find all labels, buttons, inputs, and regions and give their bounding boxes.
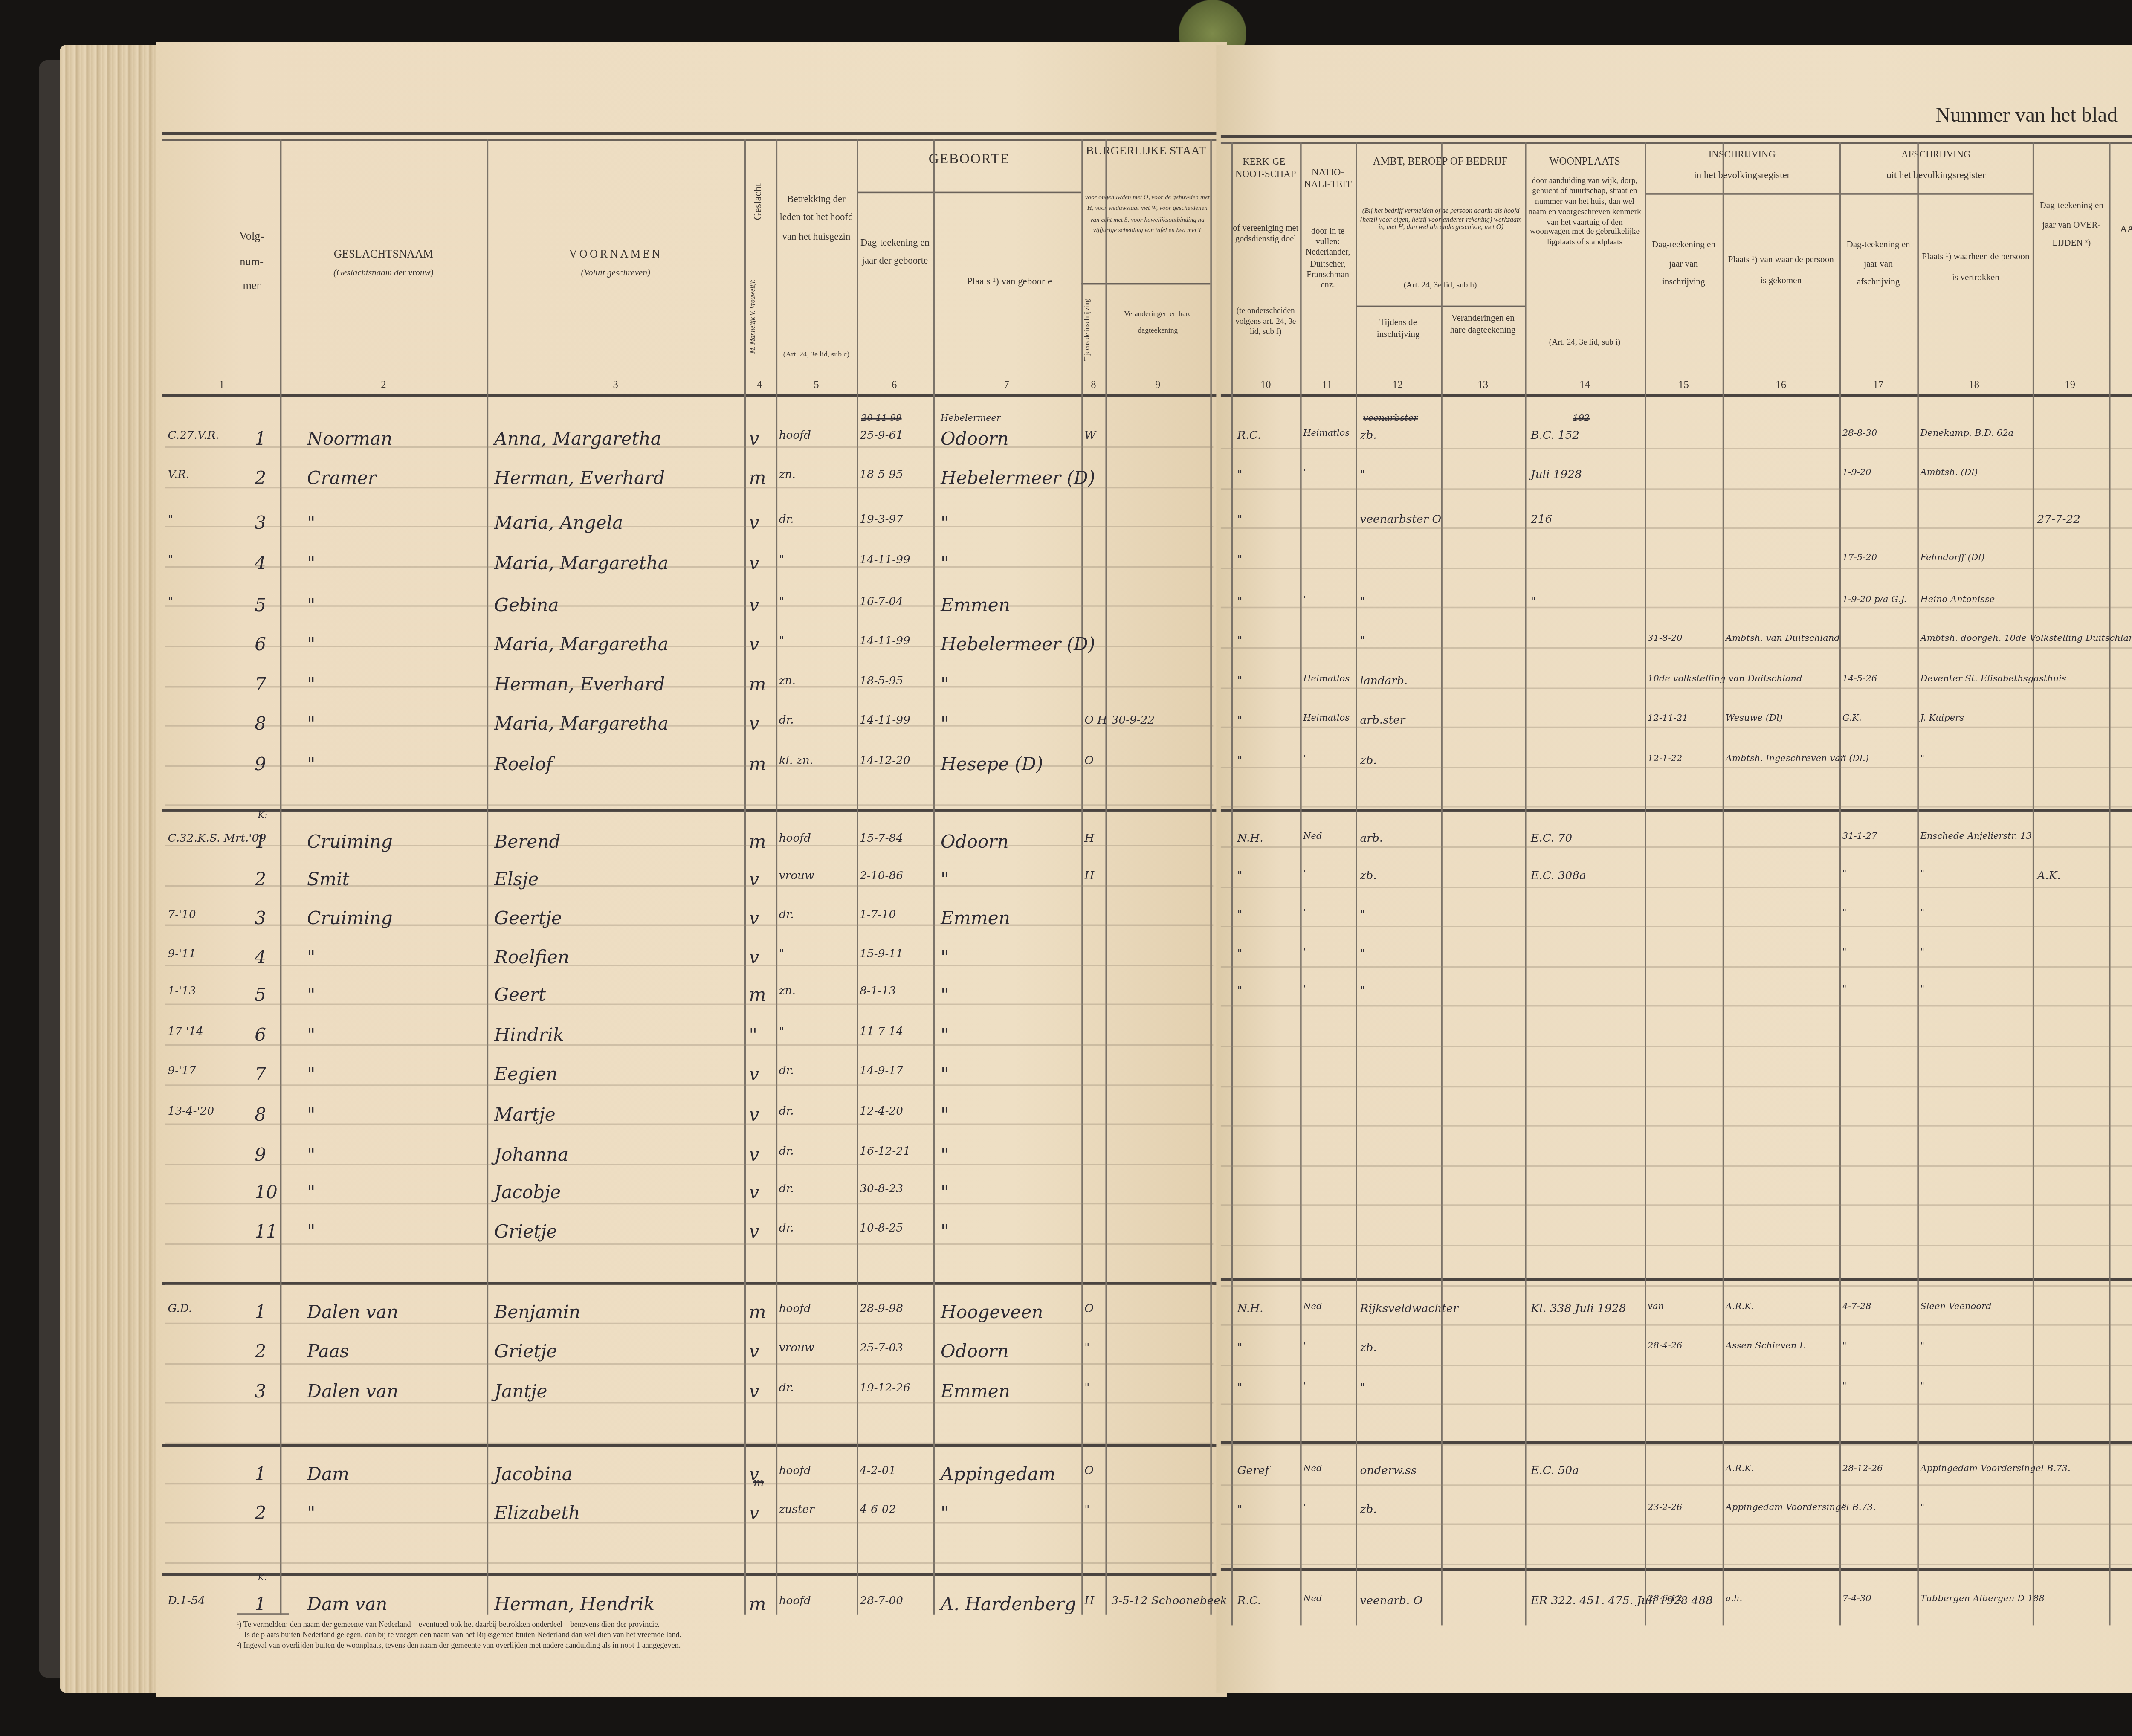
col1-header: Volg- num- mer xyxy=(222,225,282,299)
entry-birth: 4-6-02 xyxy=(860,1504,896,1515)
entry-birth: 16-7-04 xyxy=(860,596,903,607)
entry-place: Hebelermeer (D) xyxy=(941,469,1095,487)
entry-sex: v xyxy=(749,596,759,614)
entry-rel: dr. xyxy=(779,715,794,726)
footnote-2: ²) Ingeval van overlijden buiten de woon… xyxy=(237,1642,681,1652)
col14-subheader: door aanduiding van wijk, dorp, gehucht … xyxy=(1528,177,1642,249)
entry-death: 27-7-22 xyxy=(2037,514,2080,525)
entry-staat: O xyxy=(1084,755,1094,766)
column-divider xyxy=(280,139,282,1615)
entry-beroep: " xyxy=(1360,985,1365,997)
entry-prefix: V.R. xyxy=(168,469,189,480)
entry-kerk: R.C. xyxy=(1237,430,1261,441)
entry-staat: O xyxy=(1084,1465,1094,1476)
entry-place: " xyxy=(941,554,949,572)
entry-beroep: arb.ster xyxy=(1360,715,1405,726)
header-top-rule-right xyxy=(1221,135,2132,138)
entry-given: Grietje xyxy=(494,1222,557,1240)
ruled-line xyxy=(1221,1205,2132,1207)
ruled-line xyxy=(1221,1245,2132,1246)
entry-place: " xyxy=(941,675,949,693)
entry-rel: zn. xyxy=(779,985,796,997)
entry-nr: 1 xyxy=(255,1303,266,1321)
entry-beroep: " xyxy=(1360,909,1365,920)
entry-surname: " xyxy=(307,635,315,653)
entry-kerk: R.C. xyxy=(1237,1595,1261,1606)
entry-nat: Heimatlos xyxy=(1303,675,1350,684)
entry-place: " xyxy=(941,1105,949,1123)
ruled-line xyxy=(1221,527,2132,529)
entry-surname: " xyxy=(307,675,315,693)
entry-place: " xyxy=(941,948,949,966)
entry-surname: " xyxy=(307,1026,315,1044)
entry-sex: v xyxy=(749,1146,759,1164)
entry-staat: " xyxy=(1084,1342,1089,1353)
entry-woon: 216 xyxy=(1531,514,1552,525)
entry-nr: 2 xyxy=(255,870,266,888)
entry-out-place: " xyxy=(1920,755,1924,764)
entry-given: Maria, Margaretha xyxy=(494,715,669,733)
entry-staat-chg: 30-9-22 xyxy=(1111,715,1155,726)
entry-nr: 2 xyxy=(255,1504,266,1522)
ruled-line xyxy=(165,526,1213,528)
entry-birth-correction: 20-11-99 xyxy=(861,415,902,424)
beroep-sub-rule xyxy=(1356,306,1525,307)
entry-woon: Kl. 338 Juli 1928 xyxy=(1531,1303,1626,1314)
entry-kerk: " xyxy=(1237,948,1243,959)
inschr-subheader: in het bevolkingsregister xyxy=(1645,171,1839,183)
entry-prefix: " xyxy=(168,554,173,565)
entry-woon: E.C. 50a xyxy=(1531,1465,1579,1476)
entry-sex: v xyxy=(749,715,759,733)
entry-place: " xyxy=(941,1026,949,1044)
entry-nat: " xyxy=(1303,985,1307,994)
entry-nr: 8 xyxy=(255,1105,266,1123)
entry-surname: Paas xyxy=(307,1342,349,1360)
ruled-line xyxy=(165,1044,1213,1046)
entry-surname: " xyxy=(307,596,315,614)
ruled-line xyxy=(1221,886,2132,888)
col11-header: NATIO-NALI-TEIT xyxy=(1300,168,1356,192)
col12-header: Tijdens de inschrijving xyxy=(1359,319,1438,342)
entry-place: Hesepe (D) xyxy=(941,755,1043,773)
entry-place: Emmen xyxy=(941,909,1010,927)
entry-birth: 15-7-84 xyxy=(860,833,903,844)
ruled-line xyxy=(165,1004,1213,1006)
entry-prefix: C.27.V.R. xyxy=(168,430,219,441)
ruled-line xyxy=(165,765,1213,767)
entry-given: Eegien xyxy=(494,1065,557,1083)
col17-header: Dag-teekening en jaar van afschrijving xyxy=(1842,237,1915,293)
entry-rel: hoofd xyxy=(779,1465,811,1476)
entry-nat: Heimatlos xyxy=(1303,715,1350,724)
entry-given: Grietje xyxy=(494,1342,557,1360)
entry-beroep: " xyxy=(1360,469,1365,480)
entry-given: Geertje xyxy=(494,909,562,927)
ruled-line xyxy=(1221,926,2132,928)
entry-nr: 1 xyxy=(255,430,266,448)
entry-prefix: C.32.K.S. Mrt.'09 xyxy=(168,833,266,844)
entry-nr: 3 xyxy=(255,514,266,532)
entry-birth: 14-9-17 xyxy=(860,1065,903,1076)
entry-staat: O H xyxy=(1084,715,1107,726)
entry-given: Jacobina xyxy=(494,1465,573,1483)
entry-staat: H xyxy=(1084,1595,1094,1606)
entry-kerk: " xyxy=(1237,635,1243,646)
entry-out-date: G.K. xyxy=(1842,715,1862,724)
entry-staat-chg: 3-5-12 Schoonebeek xyxy=(1111,1595,1227,1606)
entry-birth: 16-12-21 xyxy=(860,1146,910,1157)
entry-staat: H xyxy=(1084,870,1094,881)
entry-place: Odoorn xyxy=(941,430,1009,448)
entry-surname: " xyxy=(307,554,315,572)
entry-out-place: Ambtsh. (Dl) xyxy=(1920,469,1978,478)
afschr-sub-rule xyxy=(1839,193,2033,195)
col20-header: AAN-MERKINGEN xyxy=(2109,225,2132,237)
ruled-line xyxy=(165,1124,1213,1125)
entry-birth: 18-5-95 xyxy=(860,675,903,687)
ruled-line xyxy=(1221,1285,2132,1287)
entry-beroep: veenarb. O xyxy=(1360,1595,1423,1606)
entry-out-date: " xyxy=(1842,1342,1847,1351)
entry-sex: v xyxy=(749,554,759,572)
entry-nr: 4 xyxy=(255,948,266,966)
entry-birth: 19-12-26 xyxy=(860,1382,910,1394)
entry-birth: 19-3-97 xyxy=(860,514,903,525)
entry-woon: E.C. 70 xyxy=(1531,833,1572,844)
ruled-line xyxy=(165,1443,1213,1444)
entry-surname: " xyxy=(307,1183,315,1201)
ruled-line xyxy=(165,725,1213,727)
ruled-line xyxy=(165,1243,1213,1245)
entry-beroep: zb. xyxy=(1360,1342,1377,1353)
entry-birth: 1-7-10 xyxy=(860,909,896,920)
entry-place: " xyxy=(941,985,949,1003)
column-number: 3 xyxy=(601,379,631,391)
entry-beroep: veenarbster O xyxy=(1360,514,1442,525)
entry-nr: 6 xyxy=(255,1026,266,1044)
entry-rel: dr. xyxy=(779,1382,794,1394)
entry-nr: 1 xyxy=(255,1465,266,1483)
entry-in-place: Wesuwe (Dl) xyxy=(1726,715,1783,724)
entry-given: Roelfien xyxy=(494,948,569,966)
entry-place: " xyxy=(941,1183,949,1201)
entry-kerk: " xyxy=(1237,596,1243,607)
entry-staat: H xyxy=(1084,833,1094,844)
staat-sub-rule xyxy=(1081,283,1210,285)
entry-surname: " xyxy=(307,1146,315,1164)
entry-given: Johanna xyxy=(494,1146,568,1164)
entry-birth: 14-11-99 xyxy=(860,635,910,646)
entry-rel: hoofd xyxy=(779,833,811,844)
column-number: 18 xyxy=(1959,379,1989,391)
entry-given: Herman, Everhard xyxy=(494,469,665,487)
entry-given: Herman, Hendrik xyxy=(494,1595,655,1613)
entry-out-date: 1-9-20 p/a G.J. xyxy=(1842,596,1907,605)
entry-beroep: landarb. xyxy=(1360,675,1408,687)
entry-nr: 3 xyxy=(255,1382,266,1400)
entry-surname: " xyxy=(307,514,315,532)
entry-surname: Dalen van xyxy=(307,1303,398,1321)
entry-nat: " xyxy=(1303,1504,1307,1513)
entry-surname: " xyxy=(307,755,315,773)
entry-beroep: Rijksveldwachter xyxy=(1360,1303,1458,1314)
entry-sex: m xyxy=(749,833,766,851)
entry-prefix: 9-'11 xyxy=(168,948,196,959)
entry-out-date: 28-8-30 xyxy=(1842,430,1877,439)
entry-birth: 18-5-95 xyxy=(860,469,903,480)
column-number: 5 xyxy=(801,379,831,391)
sheet-number-label: Nummer van het blad xyxy=(1935,105,2118,129)
household-separator xyxy=(1221,1441,2132,1444)
entry-prefix: G.D. xyxy=(168,1303,192,1314)
col2-subheader: (Geslachtsnaam der vrouw) xyxy=(280,270,487,281)
beroep-article: (Art. 24, 3e lid, sub h) xyxy=(1356,281,1525,292)
col14-header: WOONPLAATS xyxy=(1525,156,1645,169)
col10-header: KERK-GE-NOOT-SCHAP xyxy=(1231,157,1301,182)
entry-occupation-correction: veenarbster xyxy=(1363,415,1418,424)
entry-given: Maria, Margaretha xyxy=(494,554,669,572)
header-top-rule-left xyxy=(162,132,1216,135)
footnote-1b: Is de plaats buiten Nederland gelegen, d… xyxy=(244,1631,682,1641)
entry-out-date: 28-12-26 xyxy=(1842,1465,1883,1474)
entry-surname: " xyxy=(307,1065,315,1083)
entry-sex: v xyxy=(749,948,759,966)
ruled-line xyxy=(1221,1564,2132,1565)
entry-in-date: 23-2-26 xyxy=(1648,1504,1682,1513)
column-number: 17 xyxy=(1863,379,1893,391)
entry-rel: hoofd xyxy=(779,430,811,441)
entry-beroep: zb. xyxy=(1360,430,1377,441)
entry-in-date: 12-1-22 xyxy=(1648,755,1682,764)
entry-given: Benjamin xyxy=(494,1303,580,1321)
column-divider xyxy=(1645,142,1646,1626)
staat-group-header: BURGERLIJKE STAAT xyxy=(1081,144,1210,159)
entry-rel: " xyxy=(779,554,784,565)
entry-surname: Dam van xyxy=(307,1595,387,1613)
ruled-line xyxy=(1221,1006,2132,1007)
column-number: 11 xyxy=(1312,379,1342,391)
col4-header: Geslacht xyxy=(752,157,764,247)
col11-subheader: door in te vullen: Nederlander, Duitsche… xyxy=(1300,228,1356,293)
entry-kerk: N.H. xyxy=(1237,833,1263,844)
entry-nr: 5 xyxy=(255,985,266,1003)
inschr-group-header: INSCHRIJVING xyxy=(1645,150,1839,162)
entry-rel: " xyxy=(779,1026,784,1037)
column-divider xyxy=(1210,139,1212,1615)
entry-given: Berend xyxy=(494,833,560,851)
entry-birth: 8-1-13 xyxy=(860,985,896,997)
entry-prefix: 1-'13 xyxy=(168,985,196,997)
col3-subheader: (Voluit geschreven) xyxy=(487,270,744,281)
ruled-line xyxy=(1221,1165,2132,1167)
entry-sex: m xyxy=(749,1303,766,1321)
entry-nr: 7 xyxy=(255,1065,266,1083)
column-number: 4 xyxy=(744,379,774,391)
entry-birth: 25-9-61 xyxy=(860,430,903,441)
entry-rel: dr. xyxy=(779,1222,794,1233)
entry-surname: Smit xyxy=(307,870,349,888)
entry-surname: " xyxy=(307,985,315,1003)
book-spine xyxy=(39,60,63,1678)
entry-surname: Dalen van xyxy=(307,1382,398,1400)
household-separator xyxy=(162,1444,1216,1447)
entry-given: Herman, Everhard xyxy=(494,675,665,693)
entry-rel: kl. zn. xyxy=(779,755,813,766)
entry-place: Emmen xyxy=(941,1382,1010,1400)
entry-place: Emmen xyxy=(941,596,1010,614)
entry-out-place: Denekamp. B.D. 62a xyxy=(1920,430,2013,439)
column-divider xyxy=(1231,142,1233,1626)
entry-surname: " xyxy=(307,1105,315,1123)
col6-header: Dag-teekening en jaar der geboorte xyxy=(860,235,930,272)
entry-nat: " xyxy=(1303,1342,1307,1351)
entry-birth: 28-9-98 xyxy=(860,1303,903,1314)
entry-nat: Ned xyxy=(1303,833,1322,842)
col5-header: Betrekking der leden tot het hoofd van h… xyxy=(779,192,854,247)
entry-out-date: 14-5-26 xyxy=(1842,675,1877,684)
entry-out-date: 1-9-20 xyxy=(1842,469,1871,478)
entry-staat: O xyxy=(1084,1303,1094,1314)
ruled-line xyxy=(165,685,1213,687)
entry-out-place: Appingedam Voordersingel B.73. xyxy=(1920,1465,2070,1474)
entry-out-date: " xyxy=(1842,985,1847,994)
entry-rel: vrouw xyxy=(779,1342,814,1353)
entry-birth: 15-9-11 xyxy=(860,948,903,959)
entry-given: Geert xyxy=(494,985,546,1003)
column-divider xyxy=(2033,142,2034,1626)
entry-sex: m xyxy=(749,985,766,1003)
entry-place: A. Hardenberg xyxy=(941,1595,1076,1613)
bookmark-ribbon xyxy=(1179,0,1246,48)
entry-number-mark: K: xyxy=(258,812,267,821)
column-number: 15 xyxy=(1669,379,1698,391)
afschr-group-header: AFSCHRIJVING xyxy=(1839,150,2033,162)
entry-beroep: " xyxy=(1360,948,1365,959)
entry-nr: 9 xyxy=(255,755,266,773)
entry-sex: " xyxy=(749,1026,757,1044)
col9-header: Veranderingen en hare dagteekening xyxy=(1105,307,1210,340)
entry-nat: " xyxy=(1303,948,1307,957)
household-separator xyxy=(1221,809,2132,812)
entry-kerk: " xyxy=(1237,715,1243,726)
col4-subheader: M. Mannelijk V. Vrouwelijk xyxy=(749,262,756,370)
entry-out-place: " xyxy=(1920,985,1924,994)
entry-out-place: " xyxy=(1920,1342,1924,1351)
entry-nat: " xyxy=(1303,870,1307,879)
entry-sex: v xyxy=(749,1504,759,1522)
beroep-group-header: AMBT, BEROEP OF BEDRIJF xyxy=(1356,156,1525,169)
entry-birth: 4-2-01 xyxy=(860,1465,896,1476)
ruled-line xyxy=(165,1522,1213,1524)
entry-in-place: A.R.K. xyxy=(1726,1465,1754,1474)
ruled-line xyxy=(165,1283,1213,1285)
entry-place: " xyxy=(941,1504,949,1522)
entry-rel: dr. xyxy=(779,909,794,920)
household-separator xyxy=(1221,1568,2132,1571)
ruled-line xyxy=(165,1562,1213,1564)
ruled-line xyxy=(1221,568,2132,569)
entry-nat: Ned xyxy=(1303,1465,1322,1474)
entry-out-date: " xyxy=(1842,948,1847,957)
entry-nat: " xyxy=(1303,755,1307,764)
entry-rel: " xyxy=(779,948,784,959)
entry-nat: " xyxy=(1303,596,1307,605)
entry-given: Anna, Margaretha xyxy=(494,430,661,448)
column-divider xyxy=(1300,142,1302,1626)
entry-place: " xyxy=(941,715,949,733)
entry-birth: 30-8-23 xyxy=(860,1183,903,1194)
entry-birth: 25-7-03 xyxy=(860,1342,903,1353)
entry-woon: Juli 1928 xyxy=(1531,469,1582,480)
column-number: 7 xyxy=(991,379,1021,391)
entry-given: Elizabeth xyxy=(494,1504,580,1522)
entry-staat: " xyxy=(1084,1382,1089,1394)
ruled-line xyxy=(1221,687,2132,689)
entry-given: Hindrik xyxy=(494,1026,564,1044)
entry-out-date: 17-5-20 xyxy=(1842,554,1877,563)
entry-staat: " xyxy=(1084,1504,1089,1515)
entry-prefix: " xyxy=(168,514,173,525)
entry-birth: 28-7-00 xyxy=(860,1595,903,1606)
entry-birth: 14-11-99 xyxy=(860,715,910,726)
entry-birth: 11-7-14 xyxy=(860,1026,903,1037)
entry-out-place: " xyxy=(1920,1382,1924,1391)
col18-header: Plaats ¹) waarheen de persoon is vertrok… xyxy=(1920,249,2031,290)
ruled-line xyxy=(1221,727,2132,728)
entry-in-place: Appingedam Voordersingel B.73. xyxy=(1726,1504,1876,1513)
entry-out-place: " xyxy=(1920,1504,1924,1513)
footnote-1a: ¹) Te vermelden: den naam der gemeente v… xyxy=(237,1621,660,1631)
ruled-line xyxy=(165,1403,1213,1404)
entry-out-place: " xyxy=(1920,948,1924,957)
entry-birth: 14-11-99 xyxy=(860,554,910,565)
entry-nr: 5 xyxy=(255,596,266,614)
entry-sex: v xyxy=(749,635,759,653)
entry-rel: dr. xyxy=(779,1105,794,1116)
ruled-line xyxy=(165,1323,1213,1324)
entry-kerk: " xyxy=(1237,909,1243,920)
page-stack-edge xyxy=(60,45,159,1693)
entry-beroep: arb. xyxy=(1360,833,1383,844)
entry-out-place: Tubbergen Albergen D 188 xyxy=(1920,1595,2045,1604)
entry-woon: ER 322. 451. 475. Juli 1928 488 xyxy=(1531,1595,1713,1606)
column-number: 9 xyxy=(1143,379,1173,391)
entry-nat: " xyxy=(1303,909,1307,918)
entry-given: Maria, Angela xyxy=(494,514,623,532)
register-spread: Nummer van het blad Volg- num- mer GESLA… xyxy=(0,0,2132,1736)
column-divider xyxy=(776,139,778,1615)
column-number: 19 xyxy=(2055,379,2085,391)
ruled-line xyxy=(165,1203,1213,1205)
entry-kerk: " xyxy=(1237,1342,1243,1353)
header-top-thin-right xyxy=(1221,142,2132,144)
entry-nr: 9 xyxy=(255,1146,266,1164)
ruled-line xyxy=(1221,806,2132,808)
entry-beroep: " xyxy=(1360,1382,1365,1394)
entry-sex: m xyxy=(749,1595,766,1613)
entry-in-place: Assen Schieven I. xyxy=(1726,1342,1806,1351)
ruled-line xyxy=(165,1084,1213,1086)
ruled-line xyxy=(165,1363,1213,1365)
entry-nr: 1 xyxy=(255,833,266,851)
entry-staat: W xyxy=(1084,430,1096,441)
column-divider xyxy=(1105,139,1107,1615)
column-number: 10 xyxy=(1251,379,1280,391)
entry-nat: " xyxy=(1303,469,1307,478)
column-number: 16 xyxy=(1766,379,1796,391)
entry-out-place: Ambtsh. doorgeh. 10de Volkstelling Duits… xyxy=(1920,635,2132,644)
